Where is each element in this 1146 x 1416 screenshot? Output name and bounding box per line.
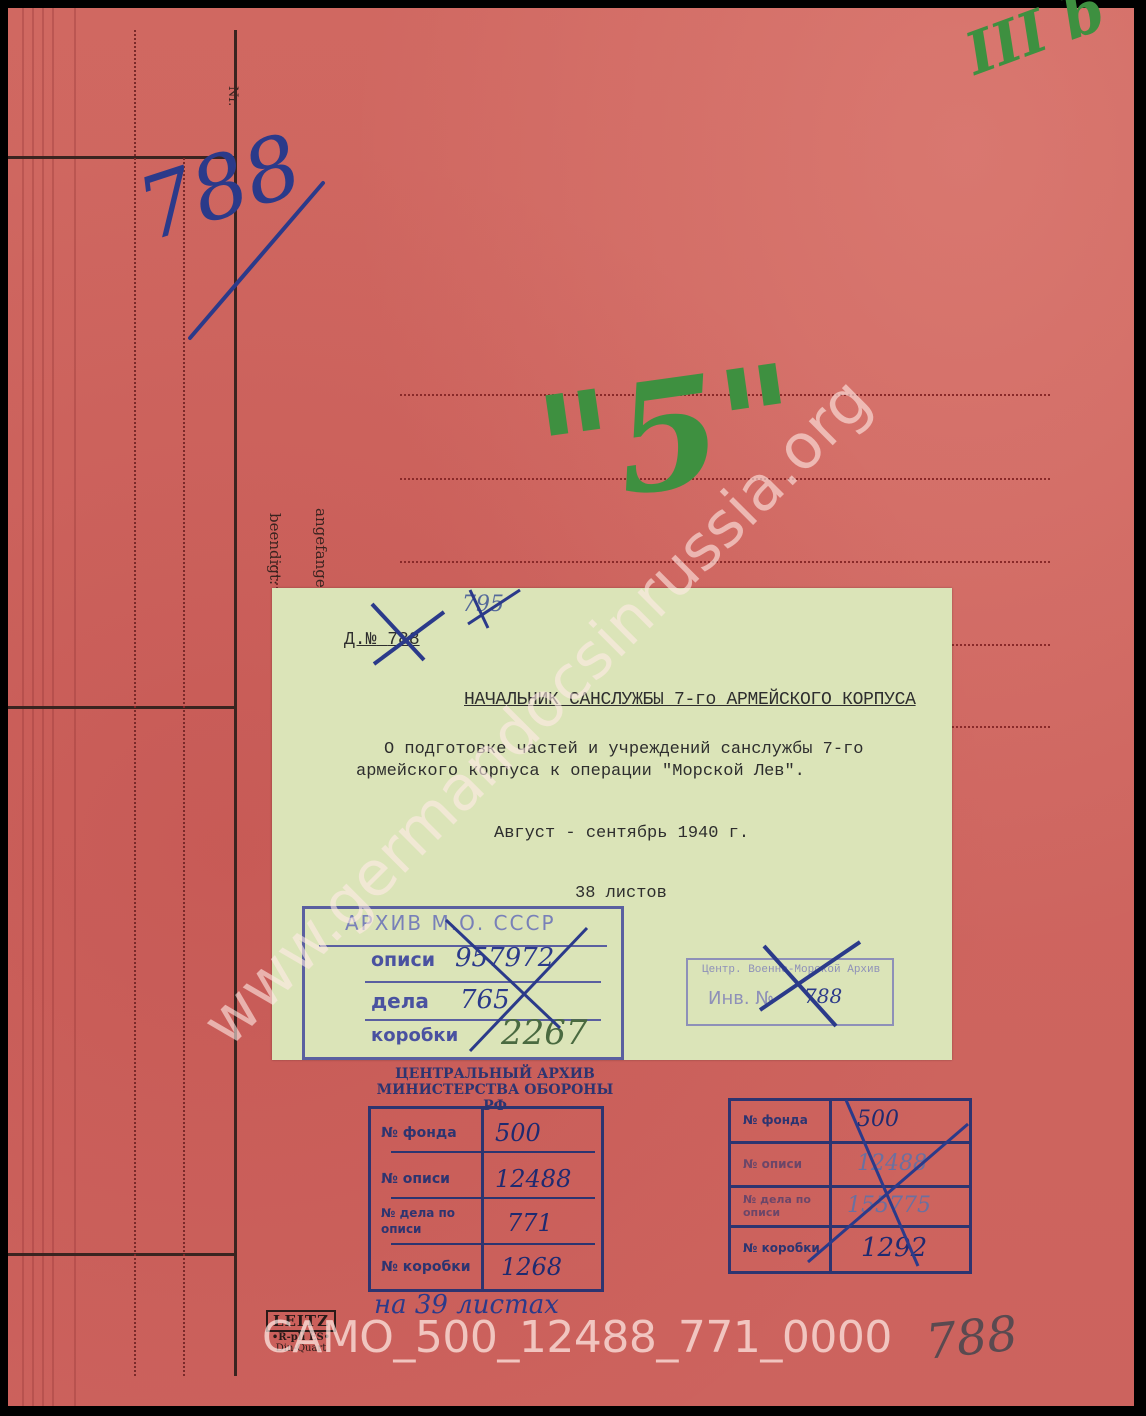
stamp-row-label: описи [371,949,435,971]
stamp-row-value: 2267 [501,1013,588,1053]
camo-title-line-1: ЦЕНТРАЛЬНЫЙ АРХИВ [370,1066,620,1082]
margin-horizontal-rule [8,1253,236,1256]
case-number-new: 795 [462,592,504,617]
pencil-case-number: 788 [923,1305,1020,1370]
grid-label: № дела по описи [381,1205,477,1237]
grid-label: № описи [743,1157,802,1171]
grid-value: 500 [495,1119,541,1147]
angefangen-label: angefangen [312,508,330,597]
grid-value: 155775 [847,1193,931,1218]
stamp-row-value: 957972 [455,943,554,973]
stamp-old-grid: № фонда 500 № описи 12488 № дела по опис… [728,1098,972,1274]
stamp-camo-rf: № фонда 500 № описи 12488 № дела по опис… [368,1106,604,1292]
margin-horizontal-rule [8,706,236,709]
grid-value: 12488 [857,1151,927,1176]
grid-label: № коробки [743,1241,820,1255]
grid-value: 771 [507,1209,553,1237]
folder-cover: Nr. angefangen beendigt: 788 "5" ΙΙΙ b Д… [8,8,1134,1406]
grid-value: 1268 [501,1253,562,1281]
nr-label: Nr. [225,86,240,106]
inv-value: 788 [804,984,842,1008]
case-prefix: Д.№ [344,630,376,650]
title-dotted-line [952,726,1050,728]
archive-id-watermark: CAMO_500_12488_771_0000 [262,1312,892,1363]
stamp-row-label: дела [371,989,429,1013]
title-dotted-line [952,644,1050,646]
date-range: Август - сентябрь 1940 г. [494,824,749,843]
grid-value: 12488 [495,1165,571,1193]
sheet-count: 38 листов [575,884,667,903]
case-number-crossed: 788 [387,630,419,650]
stamp-row-label: коробки [371,1025,458,1046]
handwritten-case-number: 788 [127,115,314,261]
inv-label: Инв. № [708,988,774,1009]
stamp-row-value: 765 [460,985,510,1015]
grid-label: № описи [381,1171,450,1187]
stamp-title: Центр. Военно-Морской Архив [702,964,880,976]
grid-label: № фонда [381,1125,457,1141]
dotted-column-rule [134,30,136,1376]
stamp-central-naval-archive: Центр. Военно-Морской Архив Инв. № 788 [686,958,894,1026]
green-corner-mark: ΙΙΙ b [957,0,1114,88]
grid-value: 1292 [861,1233,927,1263]
beendigt-label: beendigt: [266,513,284,585]
grid-label: № коробки [381,1259,471,1275]
grid-label: № дела по описи [743,1193,827,1219]
grid-label: № фонда [743,1113,808,1127]
grid-value: 500 [857,1107,899,1132]
dotted-column-rule [183,158,185,1376]
